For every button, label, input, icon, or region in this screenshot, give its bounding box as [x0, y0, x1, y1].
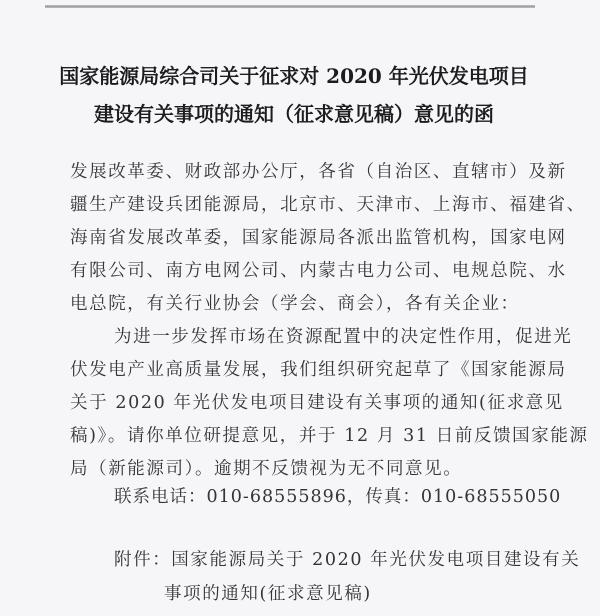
addressee-line: 疆生产建设兵团能源局，北京市、天津市、上海市、福建省、 — [70, 191, 586, 216]
body-line: 关于 2020 年光伏发电项目建设有关事项的通知(征求意见 — [70, 389, 564, 414]
body-line: 为进一步发挥市场在资源配置中的决定性作用，促进光 — [114, 323, 572, 348]
header-rule — [45, 5, 535, 8]
body-line: 伏发电产业高质量发展，我们组织研究起草了《国家能源局 — [70, 356, 567, 381]
body-line: 稿)》。请你单位研提意见，并于 12 月 31 日前反馈国家能源 — [70, 422, 589, 447]
attachment-line-1: 附件：国家能源局关于 2020 年光伏发电项目建设有关 — [114, 546, 580, 571]
addressee-line: 海南省发展改革委，国家能源局各派出监管机构，国家电网 — [70, 224, 567, 249]
addressee-line: 发展改革委、财政部办公厅，各省（自治区、直辖市）及新 — [70, 158, 567, 183]
document-title-line-2: 建设有关事项的通知（征求意见稿）意见的函 — [0, 98, 594, 127]
attachment-line-2: 事项的通知(征求意见稿) — [164, 580, 372, 605]
document-title-line-1: 国家能源局综合司关于征求对 2020 年光伏发电项目 — [0, 60, 594, 89]
contact-info: 联系电话：010-68555896，传真：010-68555050 — [114, 483, 561, 508]
addressee-line: 有限公司、南方电网公司、内蒙古电力公司、电规总院、水 — [70, 257, 567, 282]
addressee-line: 电总院，有关行业协会（学会、商会），各有关企业： — [70, 290, 520, 315]
body-line: 局（新能源司）。逾期不反馈视为无不同意见。 — [70, 455, 462, 480]
